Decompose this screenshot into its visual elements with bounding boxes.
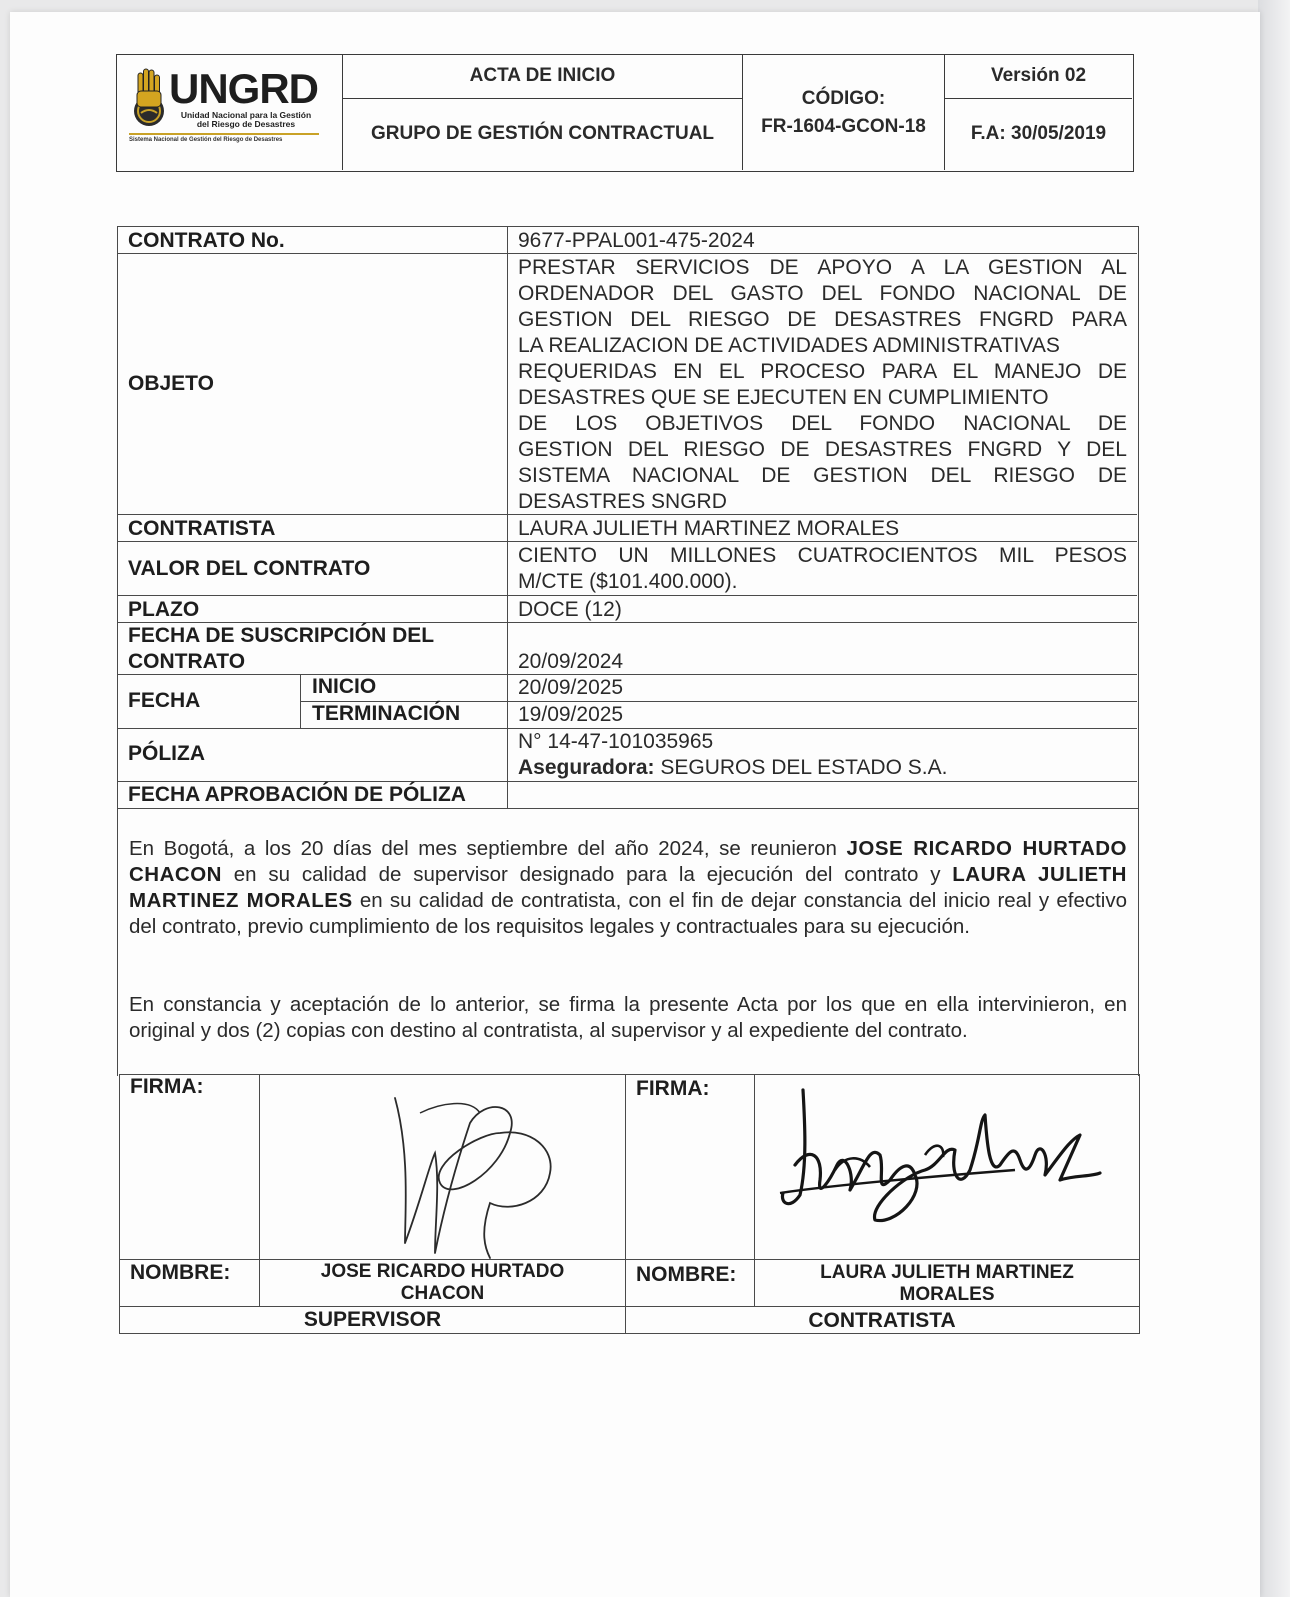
policy-number: N° 14-47-101035965 <box>518 729 1127 755</box>
contractor-label: CONTRATISTA <box>128 517 275 541</box>
paragraph-meeting: En Bogotá, a los 20 días del mes septiem… <box>129 836 1127 940</box>
contractor-name-line: LAURA JULIETH MARTINEZ <box>755 1262 1139 1284</box>
start-value: 20/09/2025 <box>518 675 1127 701</box>
column-divider <box>507 227 508 253</box>
contract-value-line: CIENTO UN MILLONES CUATROCIENTOS MIL PES… <box>518 543 1127 569</box>
end-value: 19/09/2025 <box>518 702 1127 728</box>
group-name: GRUPO DE GESTIÓN CONTRACTUAL <box>343 123 742 145</box>
contractor-value: LAURA JULIETH MARTINEZ MORALES <box>518 516 1127 542</box>
logo-brand: UNGRD <box>169 65 318 113</box>
firma-label-supervisor: FIRMA: <box>130 1075 203 1099</box>
insurer-label: Aseguradora: <box>518 756 655 779</box>
object-label: OBJETO <box>128 372 214 396</box>
handwritten-signature-icon <box>390 1093 560 1263</box>
object-line: DE LOS OBJETIVOS DEL FONDO NACIONAL DE <box>518 411 1127 437</box>
logo-footer: Sistema Nacional de Gestión del Riesgo d… <box>129 137 324 143</box>
column-divider <box>507 515 508 541</box>
text: En Bogotá, a los 20 días del mes septiem… <box>129 837 847 860</box>
column-divider <box>507 254 508 514</box>
subscription-label-line: FECHA DE SUSCRIPCIÓN DEL <box>128 623 434 649</box>
logo-subtitle-line: del Riesgo de Desastres <box>171 120 321 129</box>
start-label: INICIO <box>312 675 376 699</box>
signature-table: FIRMA: FIRMA: NOMBRE: JOSE RICARDO HURTA… <box>119 1074 1140 1334</box>
firma-label-contractor: FIRMA: <box>636 1077 709 1101</box>
text: en su calidad de supervisor designado pa… <box>222 863 952 886</box>
column-divider <box>625 1075 626 1333</box>
term-label: PLAZO <box>128 598 199 622</box>
policy-label: PÓLIZA <box>128 742 205 766</box>
row-divider <box>120 1259 1139 1260</box>
policy-approval-label: FECHA APROBACIÓN DE PÓLIZA <box>128 783 466 807</box>
nombre-label-contractor: NOMBRE: <box>636 1263 736 1287</box>
supervisor-full-name: JOSE RICARDO HURTADO CHACON <box>260 1261 625 1305</box>
subscription-label: FECHA DE SUSCRIPCIÓN DEL CONTRATO <box>128 623 434 675</box>
object-value: PRESTAR SERVICIOS DE APOYO A LA GESTION … <box>518 255 1127 515</box>
approval-date: F.A: 30/05/2019 <box>945 123 1132 145</box>
contract-value-line: M/CTE ($101.400.000). <box>518 569 1127 595</box>
object-line: DESASTRES QUE SE EJECUTEN EN CUMPLIMIENT… <box>518 385 1127 411</box>
row-object: OBJETO PRESTAR SERVICIOS DE APOYO A LA G… <box>118 254 1137 515</box>
row-term: PLAZO DOCE (12) <box>118 596 1137 623</box>
contract-details-table: CONTRATO No. 9677-PPAL001-475-2024 OBJET… <box>117 226 1139 809</box>
object-line: GESTION DEL RIESGO DE DESASTRES FNGRD Y … <box>518 437 1127 463</box>
contractor-name-line: MORALES <box>755 1284 1139 1306</box>
policy-value: N° 14-47-101035965 Aseguradora: SEGUROS … <box>518 729 1127 781</box>
column-divider <box>507 596 508 622</box>
row-policy: PÓLIZA N° 14-47-101035965 Aseguradora: S… <box>118 729 1137 782</box>
background-edge <box>1258 0 1290 1597</box>
column-divider <box>507 782 508 808</box>
column-divider <box>507 623 508 674</box>
contract-value: CIENTO UN MILLONES CUATROCIENTOS MIL PES… <box>518 543 1127 595</box>
contract-number-value: 9677-PPAL001-475-2024 <box>518 228 1127 254</box>
document-header: UNGRD Unidad Nacional para la Gestión de… <box>116 54 1134 172</box>
object-line: PRESTAR SERVICIOS DE APOYO A LA GESTION … <box>518 255 1127 281</box>
raised-hand-emblem-icon <box>129 67 169 129</box>
supervisor-name-line: JOSE RICARDO HURTADO <box>260 1261 625 1283</box>
term-value: DOCE (12) <box>518 597 1127 623</box>
row-divider <box>120 1306 1139 1307</box>
nombre-label-supervisor: NOMBRE: <box>130 1261 230 1285</box>
document-title: ACTA DE INICIO <box>343 65 742 87</box>
object-line: ORDENADOR DEL GASTO DEL FONDO NACIONAL D… <box>518 281 1127 307</box>
object-line: REQUERIDAS EN EL PROCESO PARA EL MANEJO … <box>518 359 1127 385</box>
column-divider <box>507 675 508 728</box>
row-dates: FECHA INICIO TERMINACIÓN 20/09/2025 19/0… <box>118 675 1137 729</box>
object-line: DESASTRES SNGRD <box>518 489 1127 515</box>
logo-cell: UNGRD Unidad Nacional para la Gestión de… <box>117 55 343 170</box>
object-line: LA REALIZACION DE ACTIVIDADES ADMINISTRA… <box>518 333 1127 359</box>
title-cell: ACTA DE INICIO <box>343 55 743 99</box>
contractor-full-name: LAURA JULIETH MARTINEZ MORALES <box>755 1262 1139 1306</box>
insurer-value: SEGUROS DEL ESTADO S.A. <box>660 756 947 779</box>
row-contract-value: VALOR DEL CONTRATO CIENTO UN MILLONES CU… <box>118 542 1137 596</box>
subscription-value: 20/09/2024 <box>518 649 1127 675</box>
object-line: SISTEMA NACIONAL DE GESTION DEL RIESGO D… <box>518 463 1127 489</box>
insurer: Aseguradora: SEGUROS DEL ESTADO S.A. <box>518 755 1127 781</box>
column-divider <box>507 729 508 781</box>
paragraph-acceptance: En constancia y aceptación de lo anterio… <box>129 992 1127 1044</box>
supervisor-role: SUPERVISOR <box>120 1308 625 1332</box>
logo-subtitle: Unidad Nacional para la Gestión del Ries… <box>171 111 321 129</box>
contract-number-label: CONTRATO No. <box>128 229 285 253</box>
supervisor-name-line: CHACON <box>260 1283 625 1305</box>
group-cell: GRUPO DE GESTIÓN CONTRACTUAL <box>343 99 743 170</box>
fa-cell: F.A: 30/05/2019 <box>945 99 1132 170</box>
body-border-left <box>117 808 118 1076</box>
object-line: GESTION DEL RIESGO DE DESASTRES FNGRD PA… <box>518 307 1127 333</box>
column-divider <box>507 542 508 595</box>
body-border-right <box>1138 808 1139 1076</box>
subscription-label-line: CONTRATO <box>128 649 434 675</box>
row-contractor: CONTRATISTA LAURA JULIETH MARTINEZ MORAL… <box>118 515 1137 542</box>
version: Versión 02 <box>945 65 1132 87</box>
version-cell: Versión 02 <box>945 55 1132 99</box>
end-label: TERMINACIÓN <box>312 702 460 726</box>
contractor-role: CONTRATISTA <box>625 1309 1139 1333</box>
row-subscription-date: FECHA DE SUSCRIPCIÓN DEL CONTRATO 20/09/… <box>118 623 1137 675</box>
code-cell: CÓDIGO: FR-1604-GCON-18 <box>743 55 945 170</box>
row-contract-number: CONTRATO No. 9677-PPAL001-475-2024 <box>118 227 1137 254</box>
date-label: FECHA <box>128 689 200 713</box>
code-label: CÓDIGO: <box>743 88 944 110</box>
row-policy-approval: FECHA APROBACIÓN DE PÓLIZA <box>118 782 1137 808</box>
handwritten-signature-icon <box>775 1085 1105 1235</box>
contract-value-label: VALOR DEL CONTRATO <box>128 557 370 581</box>
code-value: FR-1604-GCON-18 <box>743 116 944 138</box>
logo-divider <box>129 133 319 135</box>
